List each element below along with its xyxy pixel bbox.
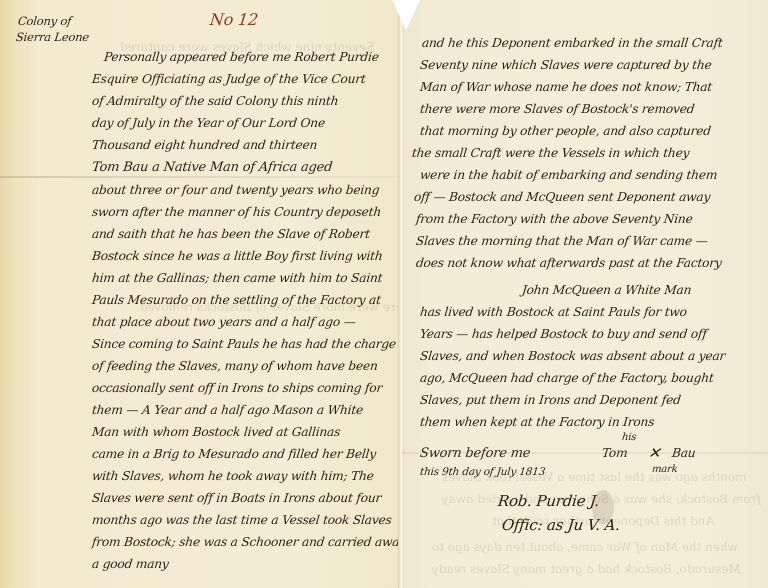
text-line: does not know what afterwards past at th… <box>415 256 722 270</box>
text-line: Slaves the morning that the Man of War c… <box>415 234 708 248</box>
text-line: there were more Slaves of Bostock's remo… <box>419 102 695 116</box>
text-line: Man of War whose name he does not know; … <box>419 80 713 94</box>
text-line: John McQueen a White Man <box>521 283 692 297</box>
mark-label: mark <box>651 464 678 475</box>
left-page-continuation <box>0 0 400 588</box>
text-line: that morning by other people, and also c… <box>419 124 711 138</box>
signature-line-1: Rob. Purdie J. <box>497 492 600 510</box>
jurat-line-2: this 9th day of July 1813 <box>419 466 545 478</box>
text-line: Slaves, put them in Irons and Deponent f… <box>419 393 681 407</box>
text-line: Years — has helped Bostock to buy and se… <box>419 327 707 341</box>
text-line: off — Bostock and McQueen sent Deponent … <box>413 190 711 204</box>
text-line: and he this Deponent embarked in the sma… <box>421 36 723 50</box>
right-page: months ago was the last time a Vessel to… <box>402 0 768 588</box>
text-line: them when kept at the Factory in Irons <box>419 415 655 429</box>
bleed-through: when the Man of War came, about ten days… <box>431 540 738 554</box>
bleed-through: Mesurado, Bostock had a great many Slave… <box>431 562 741 576</box>
text-line: ago, McQueen had charge of the Factory, … <box>419 371 714 385</box>
text-line: from the Factory with the above Seventy … <box>415 212 693 226</box>
text-line: Seventy nine which Slaves were captured … <box>419 58 712 72</box>
text-line: Slaves, and when Bostock was absent abou… <box>419 349 726 363</box>
text-line: the small Craft were the Vessels in whic… <box>411 146 690 160</box>
ink-smudge <box>592 490 614 524</box>
text-line: has lived with Bostock at Saint Pauls fo… <box>419 305 687 319</box>
text-line: were in the habit of embarking and sendi… <box>419 168 718 182</box>
mark-his: his <box>621 432 636 443</box>
paper-crease <box>402 452 768 454</box>
